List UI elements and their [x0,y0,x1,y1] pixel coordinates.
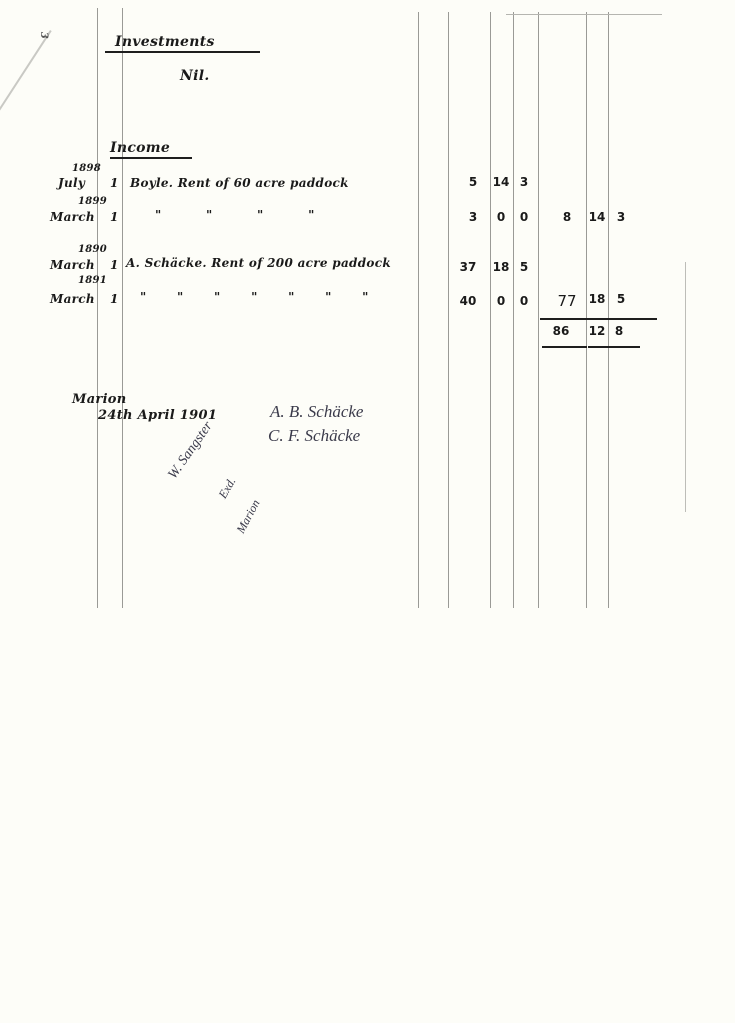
ruled-line-desc-right [418,12,419,608]
heading-underline [105,51,260,53]
entry-year: 1890 [78,244,107,255]
entry-day: 1 [110,292,119,306]
auditor-note-place: Marion [233,497,263,536]
entry-month: March [50,210,95,224]
entry-day: 1 [110,258,119,272]
total-rule-bottom-1 [542,346,587,348]
total-rule-top [540,318,657,320]
ruled-line-shillings-2 [586,12,587,608]
page-fold-crease [0,30,52,115]
ruled-line-shillings-1 [490,12,491,608]
entry-pence: 3 [513,175,535,189]
ruled-line-pounds-2 [538,12,539,608]
heading-nil: Nil. [180,68,210,84]
entry-shillings: 14 [490,175,512,189]
entry-shillings: 18 [490,260,512,274]
entry-year: 1899 [78,196,107,207]
entry-description: A. Schäcke. Rent of 200 acre paddock [126,256,391,270]
signature-1: A. B. Schäcke [270,402,363,422]
auditor-signature: W. Sangster [165,419,216,483]
margin-mark: 3 [38,32,49,39]
ruled-line-margin [685,262,686,512]
top-rule [506,14,662,15]
ruled-line-date-right [122,8,123,608]
ruled-line-pence-1 [513,12,514,608]
auditor-note-exd: Exd. [216,475,240,501]
signature-2: C. F. Schäcke [268,426,360,446]
entry-pence: 0 [513,294,535,308]
subtotal-pence: 3 [610,210,632,224]
subtotal-shillings: 14 [586,210,608,224]
entry-pence: 5 [513,260,535,274]
subtotal-shillings: 18 [586,292,608,306]
entry-shillings: 0 [490,210,512,224]
entry-description: " " " " [155,208,315,222]
entry-day: 1 [110,210,119,224]
entry-pounds: 40 [457,294,479,308]
entry-month: March [50,292,95,306]
ruled-line-date-left [97,8,98,608]
total-pence: 8 [608,324,630,338]
section-title-income: Income [110,140,170,156]
footer-place: Marion [72,392,127,407]
ruled-line-pounds-1 [448,12,449,608]
entry-description: " " " " " " " [140,290,369,304]
entry-year: 1898 [72,163,101,174]
entry-year: 1891 [78,275,107,286]
entry-month: March [50,258,95,272]
entry-pounds: 3 [462,210,484,224]
entry-pence: 0 [513,210,535,224]
ruled-line-pence-2 [608,12,609,608]
total-rule-bottom-2 [588,346,640,348]
entry-day: 1 [110,176,119,190]
entry-month: July [58,176,85,190]
page-heading: Investments [115,34,215,50]
subtotal-pounds: 8 [556,210,578,224]
subtotal-pence: 5 [610,292,632,306]
entry-pounds: 5 [462,175,484,189]
section-title-underline [110,157,192,159]
total-shillings: 12 [586,324,608,338]
subtotal-pounds: 77 [556,292,578,310]
footer-date: 24th April 1901 [98,408,217,423]
total-pounds: 86 [550,324,572,338]
entry-shillings: 0 [490,294,512,308]
entry-description: Boyle. Rent of 60 acre paddock [130,176,349,190]
entry-pounds: 37 [457,260,479,274]
